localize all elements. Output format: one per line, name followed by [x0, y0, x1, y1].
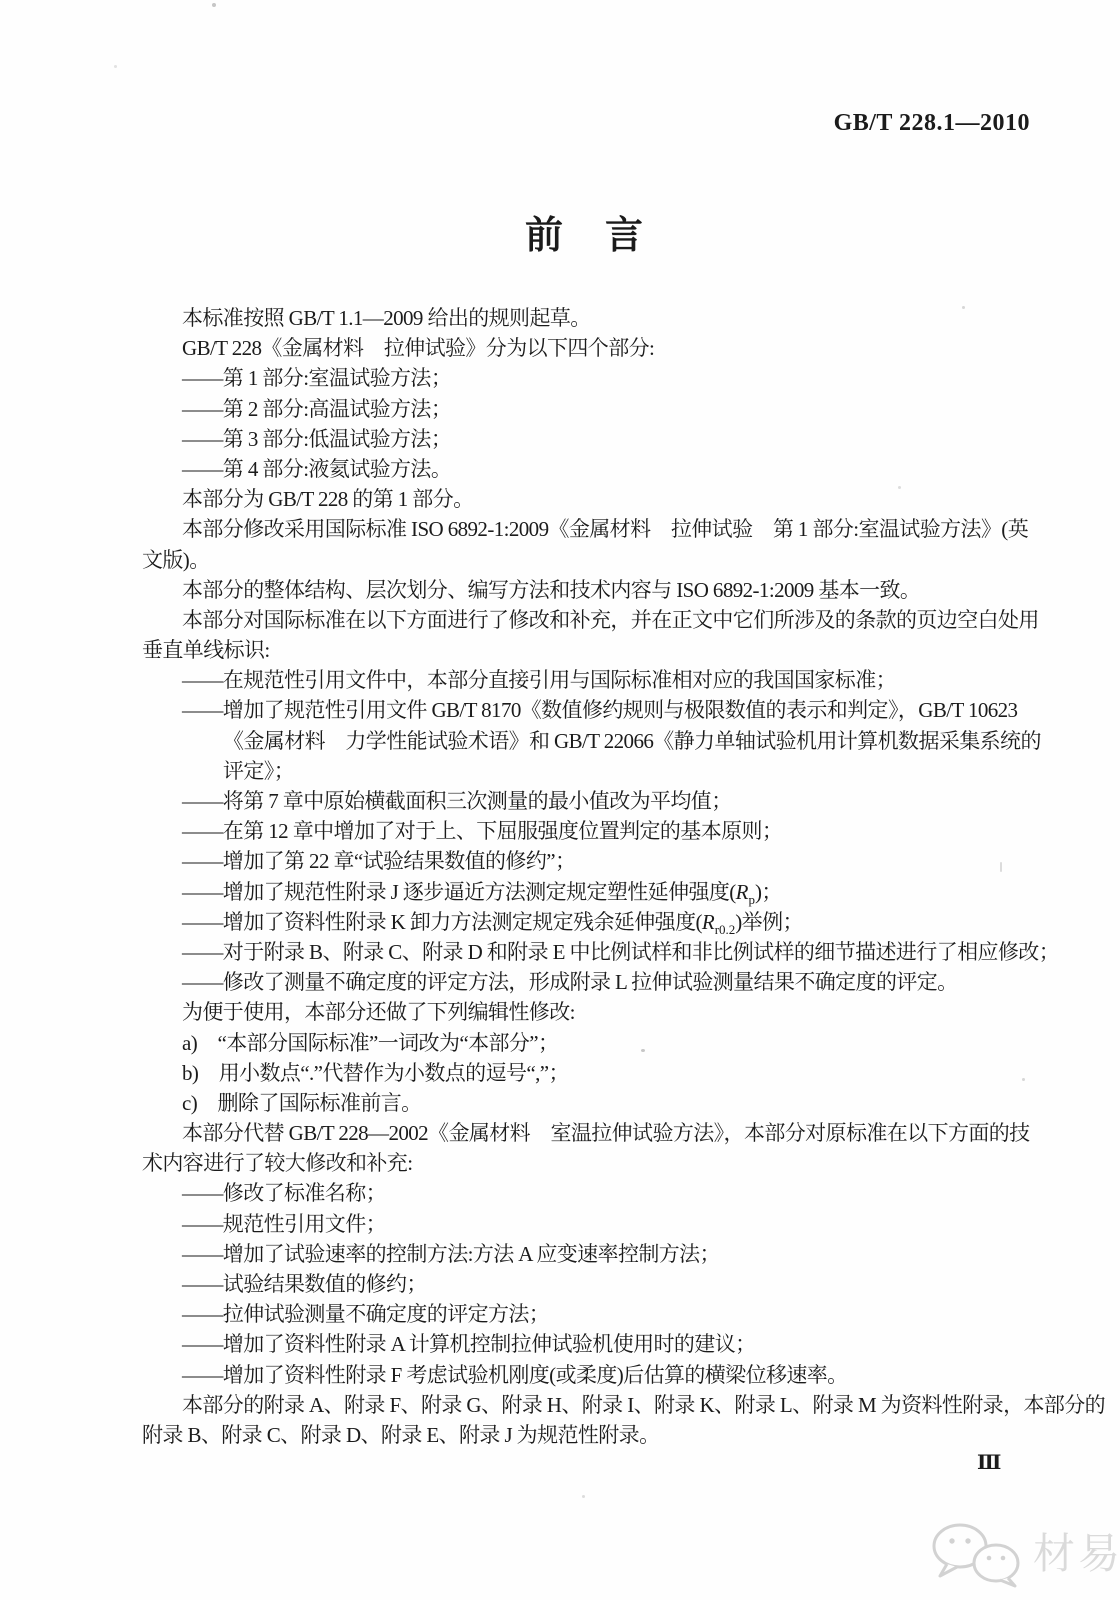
- scan-speck: [1022, 1078, 1025, 1081]
- body-line: ——增加了资料性附录 A 计算机控制拉伸试验机使用时的建议；: [142, 1329, 1028, 1359]
- body-line: 本标准按照 GB/T 1.1—2009 给出的规则起草。: [142, 303, 1028, 333]
- body-line: ——增加了试验速率的控制方法:方法 A 应变速率控制方法；: [142, 1239, 1028, 1269]
- body-line: 本部分的整体结构、层次划分、编写方法和技术内容与 ISO 6892-1:2009…: [142, 575, 1028, 605]
- body-line: ——第 2 部分:高温试验方法；: [142, 394, 1028, 424]
- body-line: GB/T 228《金属材料 拉伸试验》分为以下四个部分:: [142, 333, 1028, 363]
- body-line: 文版)。: [142, 545, 1028, 575]
- body-line: 评定》；: [142, 756, 1028, 786]
- standard-code: GB/T 228.1—2010: [834, 110, 1030, 137]
- body-line: 垂直单线标识:: [142, 635, 1028, 665]
- body-line: 《金属材料 力学性能试验术语》和 GB/T 22066《静力单轴试验机用计算机数…: [142, 726, 1028, 756]
- body-line: 本部分为 GB/T 228 的第 1 部分。: [142, 484, 1028, 514]
- body-line: ——增加了规范性引用文件 GB/T 8170《数值修约规则与极限数值的表示和判定…: [142, 695, 1028, 725]
- body-line: 附录 B、附录 C、附录 D、附录 E、附录 J 为规范性附录。: [142, 1420, 1028, 1450]
- body-line: b) 用小数点“.”代替作为小数点的逗号“,”；: [142, 1058, 1028, 1088]
- body-line: ——增加了资料性附录 K 卸力方法测定规定残余延伸强度(Rr0.2)举例；: [142, 907, 1028, 937]
- page-number: Ⅲ: [977, 1450, 1001, 1475]
- body-line: 为便于使用，本部分还做了下列编辑性修改:: [142, 997, 1028, 1027]
- body-line: ——增加了规范性附录 J 逐步逼近方法测定规定塑性延伸强度(Rp)；: [142, 877, 1028, 907]
- body-line: ——拉伸试验测量不确定度的评定方法；: [142, 1299, 1028, 1329]
- body-line: ——增加了资料性附录 F 考虑试验机刚度(或柔度)后估算的横梁位移速率。: [142, 1360, 1028, 1390]
- body-line: c) 删除了国际标准前言。: [142, 1088, 1028, 1118]
- body-line: a) “本部分国际标准”一词改为“本部分”；: [142, 1028, 1028, 1058]
- body-line: 本部分代替 GB/T 228—2002《金属材料 室温拉伸试验方法》，本部分对原…: [142, 1118, 1028, 1148]
- body-line: ——第 4 部分:液氦试验方法。: [142, 454, 1028, 484]
- body-line: ——修改了标准名称；: [142, 1178, 1028, 1208]
- body-line: ——在规范性引用文件中，本部分直接引用与国际标准相对应的我国国家标准；: [142, 665, 1028, 695]
- body-line: 本部分对国际标准在以下方面进行了修改和补充，并在正文中它们所涉及的条款的页边空白…: [142, 605, 1028, 635]
- wechat-chat-bubbles-icon: [928, 1520, 1028, 1588]
- body-line: 术内容进行了较大修改和补充:: [142, 1148, 1028, 1178]
- watermark: 材易通: [928, 1520, 1120, 1588]
- scan-speck: [114, 65, 117, 68]
- scan-speck: [1000, 862, 1002, 872]
- body-line: 本部分的附录 A、附录 F、附录 G、附录 H、附录 I、附录 K、附录 L、附…: [142, 1390, 1028, 1420]
- document-page: GB/T 228.1—2010 前 言 本标准按照 GB/T 1.1—2009 …: [0, 0, 1120, 1600]
- body-line: ——修改了测量不确定度的评定方法，形成附录 L 拉伸试验测量结果不确定度的评定。: [142, 967, 1028, 997]
- body-line: ——规范性引用文件；: [142, 1209, 1028, 1239]
- watermark-text: 材易通: [1033, 1533, 1120, 1575]
- document-body: 本标准按照 GB/T 1.1—2009 给出的规则起草。GB/T 228《金属材…: [142, 303, 1028, 1450]
- body-line: ——对于附录 B、附录 C、附录 D 和附录 E 中比例试样和非比例试样的细节描…: [142, 937, 1028, 967]
- body-line: ——在第 12 章中增加了对于上、下屈服强度位置判定的基本原则；: [142, 816, 1028, 846]
- body-line: ——将第 7 章中原始横截面积三次测量的最小值改为平均值；: [142, 786, 1028, 816]
- scan-speck: [212, 3, 216, 7]
- scan-speck: [962, 306, 965, 309]
- body-line: ——第 3 部分:低温试验方法；: [142, 424, 1028, 454]
- scan-speck: [641, 1049, 645, 1052]
- body-line: ——增加了第 22 章“试验结果数值的修约”；: [142, 846, 1028, 876]
- body-line: ——第 1 部分:室温试验方法；: [142, 363, 1028, 393]
- scan-speck: [582, 1495, 585, 1498]
- scan-speck: [898, 486, 901, 489]
- body-line: 本部分修改采用国际标准 ISO 6892-1:2009《金属材料 拉伸试验 第 …: [142, 514, 1028, 544]
- body-line: ——试验结果数值的修约；: [142, 1269, 1028, 1299]
- page-title: 前 言: [142, 204, 1028, 259]
